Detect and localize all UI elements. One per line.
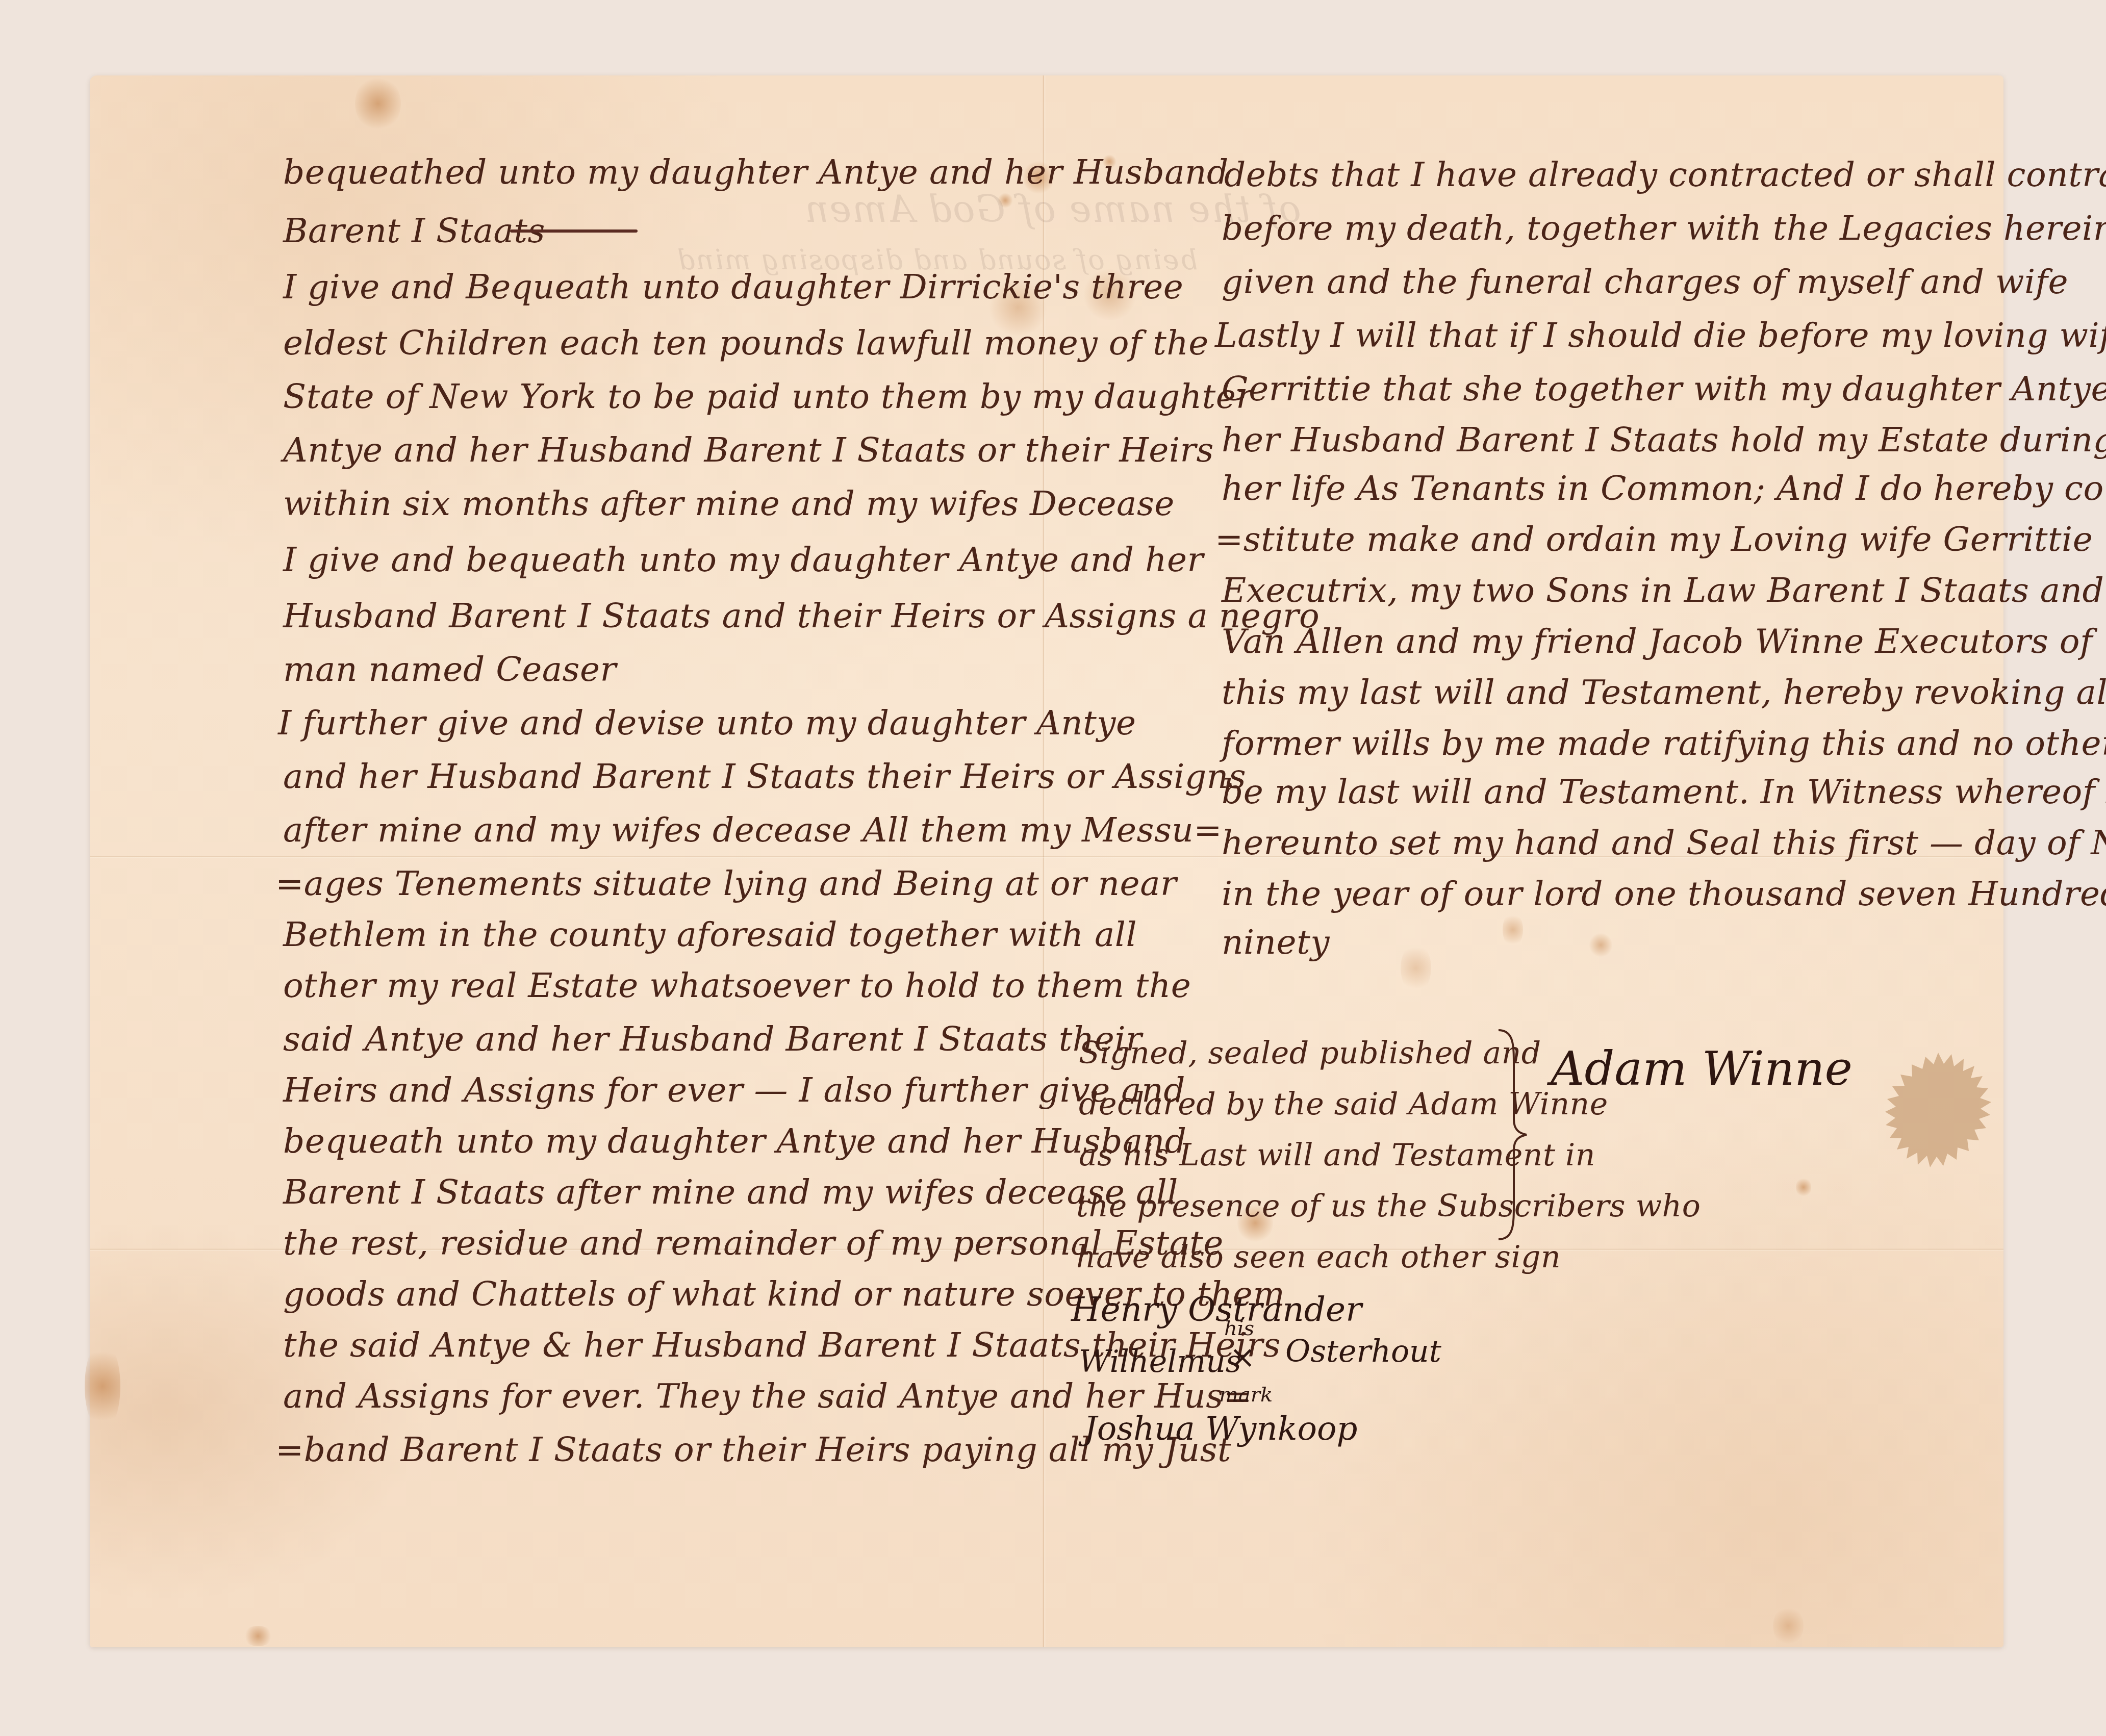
left-line-13: after mine and my wifes decease All them… — [283, 813, 1222, 847]
left-line-9: Husband Barent I Staats and their Heirs … — [283, 599, 1320, 633]
right-line-13: be my last will and Testament. In Witnes… — [1222, 775, 2106, 809]
left-line-2: Barent I Staats — [283, 214, 545, 248]
left-line-6: Antye and her Husband Barent I Staats or… — [283, 433, 1214, 467]
right-line-12: former wills by me made ratifying this a… — [1222, 727, 2106, 760]
mark-label-his: his — [1224, 1318, 1254, 1339]
witness-last-name: Osterhout — [1285, 1336, 1441, 1367]
left-line-15: Bethlem in the county aforesaid together… — [283, 918, 1137, 952]
right-line-11: this my last will and Testament, hereby … — [1222, 676, 2106, 709]
right-line-10: Van Allen and my friend Jacob Winne Exec… — [1222, 625, 2093, 658]
left-line-4: eldest Children each ten pounds lawfull … — [283, 326, 1209, 360]
left-line-24: and Assigns for ever. They the said Anty… — [283, 1380, 1252, 1413]
attestation-line: the presence of us the Subscribers who — [1076, 1191, 1701, 1221]
right-line-1: debts that I have already contracted or … — [1224, 158, 2106, 192]
right-line-3: given and the funeral charges of myself … — [1222, 265, 2068, 299]
line-flourish — [510, 229, 638, 233]
curly-brace — [1493, 1025, 1529, 1244]
left-line-7: within six months after mine and my wife… — [283, 487, 1175, 521]
foxing-stain — [1796, 1177, 1811, 1197]
witness-signature-henry-ostrander: Henry Ostrander — [1071, 1293, 1362, 1326]
right-line-2: before my death, together with the Legac… — [1222, 212, 2106, 245]
witness-first-name: Wilhelmus — [1079, 1346, 1241, 1377]
right-line-7: her life As Tenants in Common; And I do … — [1222, 472, 2106, 505]
left-line-11: I further give and devise unto my daught… — [278, 706, 1136, 740]
foxing-stain — [1589, 932, 1612, 958]
left-line-3: I give and Bequeath unto daughter Dirric… — [283, 270, 1183, 304]
foxing-stain — [85, 1340, 120, 1432]
wafer-seal-icon — [1877, 1051, 1999, 1173]
left-line-12: and her Husband Barent I Staats their He… — [283, 760, 1246, 794]
right-line-5: Gerrittie that she together with my daug… — [1222, 372, 2106, 406]
foxing-stain — [243, 1626, 273, 1646]
right-line-4: Lastly I will that if I should die befor… — [1215, 319, 2106, 352]
attestation-line: Signed, sealed published and — [1079, 1038, 1541, 1068]
left-line-19: bequeath unto my daughter Antye and her … — [283, 1125, 1187, 1158]
foxing-stain — [1401, 942, 1431, 993]
x-mark-icon: × — [1229, 1341, 1256, 1373]
right-line-16: ninety — [1222, 926, 1330, 959]
right-line-9: Executrix, my two Sons in Law Barent I S… — [1222, 574, 2106, 607]
mark-label-mark: mark — [1219, 1385, 1273, 1405]
right-line-8: =stitute make and ordain my Loving wife … — [1215, 523, 2093, 556]
foxing-stain — [1503, 912, 1523, 948]
right-line-14: hereunto set my hand and Seal this first… — [1222, 826, 2106, 860]
left-line-20: Barent I Staats after mine and my wifes … — [283, 1176, 1178, 1209]
right-line-15: in the year of our lord one thousand sev… — [1222, 877, 2106, 911]
foxing-stain — [1773, 1605, 1804, 1646]
left-line-17: said Antye and her Husband Barent I Staa… — [283, 1023, 1142, 1056]
attestation-line: have also seen each other sign — [1076, 1242, 1561, 1272]
left-line-1: bequeathed unto my daughter Antye and he… — [283, 156, 1229, 189]
left-line-10: man named Ceaser — [283, 653, 617, 686]
left-line-16: other my real Estate whatsoever to hold … — [283, 969, 1191, 1003]
left-line-5: State of New York to be paid unto them b… — [283, 380, 1252, 414]
right-line-6: her Husband Barent I Staats hold my Esta… — [1222, 423, 2106, 457]
foxing-stain — [355, 75, 401, 132]
left-line-8: I give and bequeath unto my daughter Ant… — [283, 543, 1204, 577]
witness-signature-joshua-wynkoop: Joshua Wynkoop — [1084, 1413, 1358, 1445]
left-line-14: =ages Tenements situate lying and Being … — [275, 867, 1177, 901]
left-line-18: Heirs and Assigns for ever — I also furt… — [283, 1074, 1185, 1107]
testator-signature: Adam Winne — [1551, 1045, 1853, 1092]
